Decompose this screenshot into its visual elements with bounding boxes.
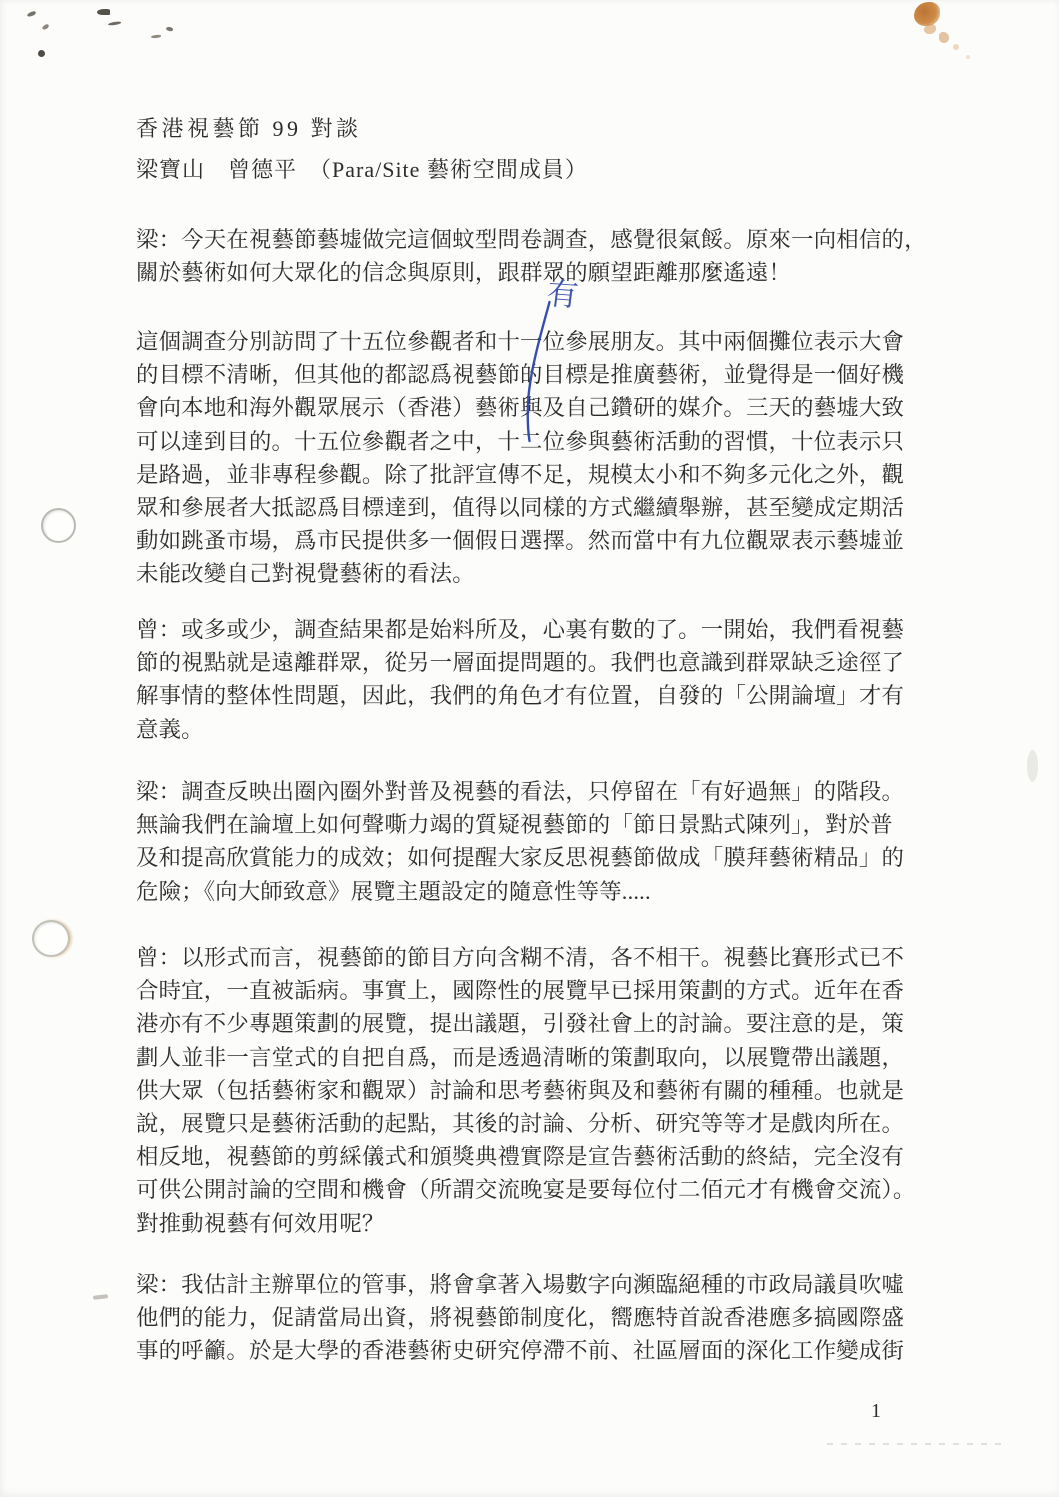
scan-speck	[41, 24, 49, 31]
scan-speck	[27, 11, 37, 18]
scan-smudge-left	[93, 1294, 108, 1300]
paragraph-leung-3: 梁：我估計主辦單位的管事，將會拿著入場數字向瀕臨絕種的市政局議員吹噓 他們的能力…	[136, 1268, 946, 1368]
paragraph-leung-1: 梁：今天在視藝節藝墟做完這個蚊型問卷調查，感覺很氣餒。原來一向相信的， 關於藝術…	[136, 223, 946, 289]
scan-speck	[151, 35, 161, 39]
rust-stain	[914, 2, 940, 26]
paragraph-tsang-1: 曾：或多或少，調查結果都是始料所及，心裏有數的了。一開始，我們看視藝 節的視點就…	[136, 613, 946, 746]
scan-speck	[38, 50, 45, 57]
paragraph-survey-findings: 這個調查分別訪問了十五位參觀者和十一位參展朋友。其中兩個攤位表示大會 的目標不清…	[136, 325, 946, 591]
paragraph-leung-2: 梁：調查反映出圈內圈外對普及視藝的看法，只停留在「有好過無」的階段。 無論我們在…	[136, 775, 946, 908]
scanned-document-page: 香港視藝節 99 對談 梁寶山 曾德平 （Para/Site 藝術空間成員） 梁…	[0, 0, 1059, 1497]
document-title: 香港視藝節 99 對談	[136, 114, 362, 144]
rust-stain	[924, 24, 936, 34]
punch-hole-top	[41, 508, 76, 543]
rust-stain	[953, 44, 959, 50]
rust-stain	[939, 32, 949, 43]
scan-speck	[108, 21, 121, 26]
scan-speck	[166, 26, 174, 32]
document-byline: 梁寶山 曾德平 （Para/Site 藝術空間成員）	[136, 155, 588, 185]
handwritten-annotation: 有	[545, 278, 580, 311]
scan-speck	[97, 9, 110, 15]
page-number: 1	[871, 1399, 881, 1423]
scan-smudge-right	[1027, 750, 1038, 782]
punch-hole-bottom	[32, 920, 70, 957]
scan-artifact-line	[827, 1443, 1009, 1445]
rust-stain	[966, 55, 970, 59]
paragraph-tsang-2: 曾：以形式而言，視藝節的節目方向含糊不清，各不相干。視藝比賽形式已不 合時宜，一…	[136, 941, 946, 1240]
